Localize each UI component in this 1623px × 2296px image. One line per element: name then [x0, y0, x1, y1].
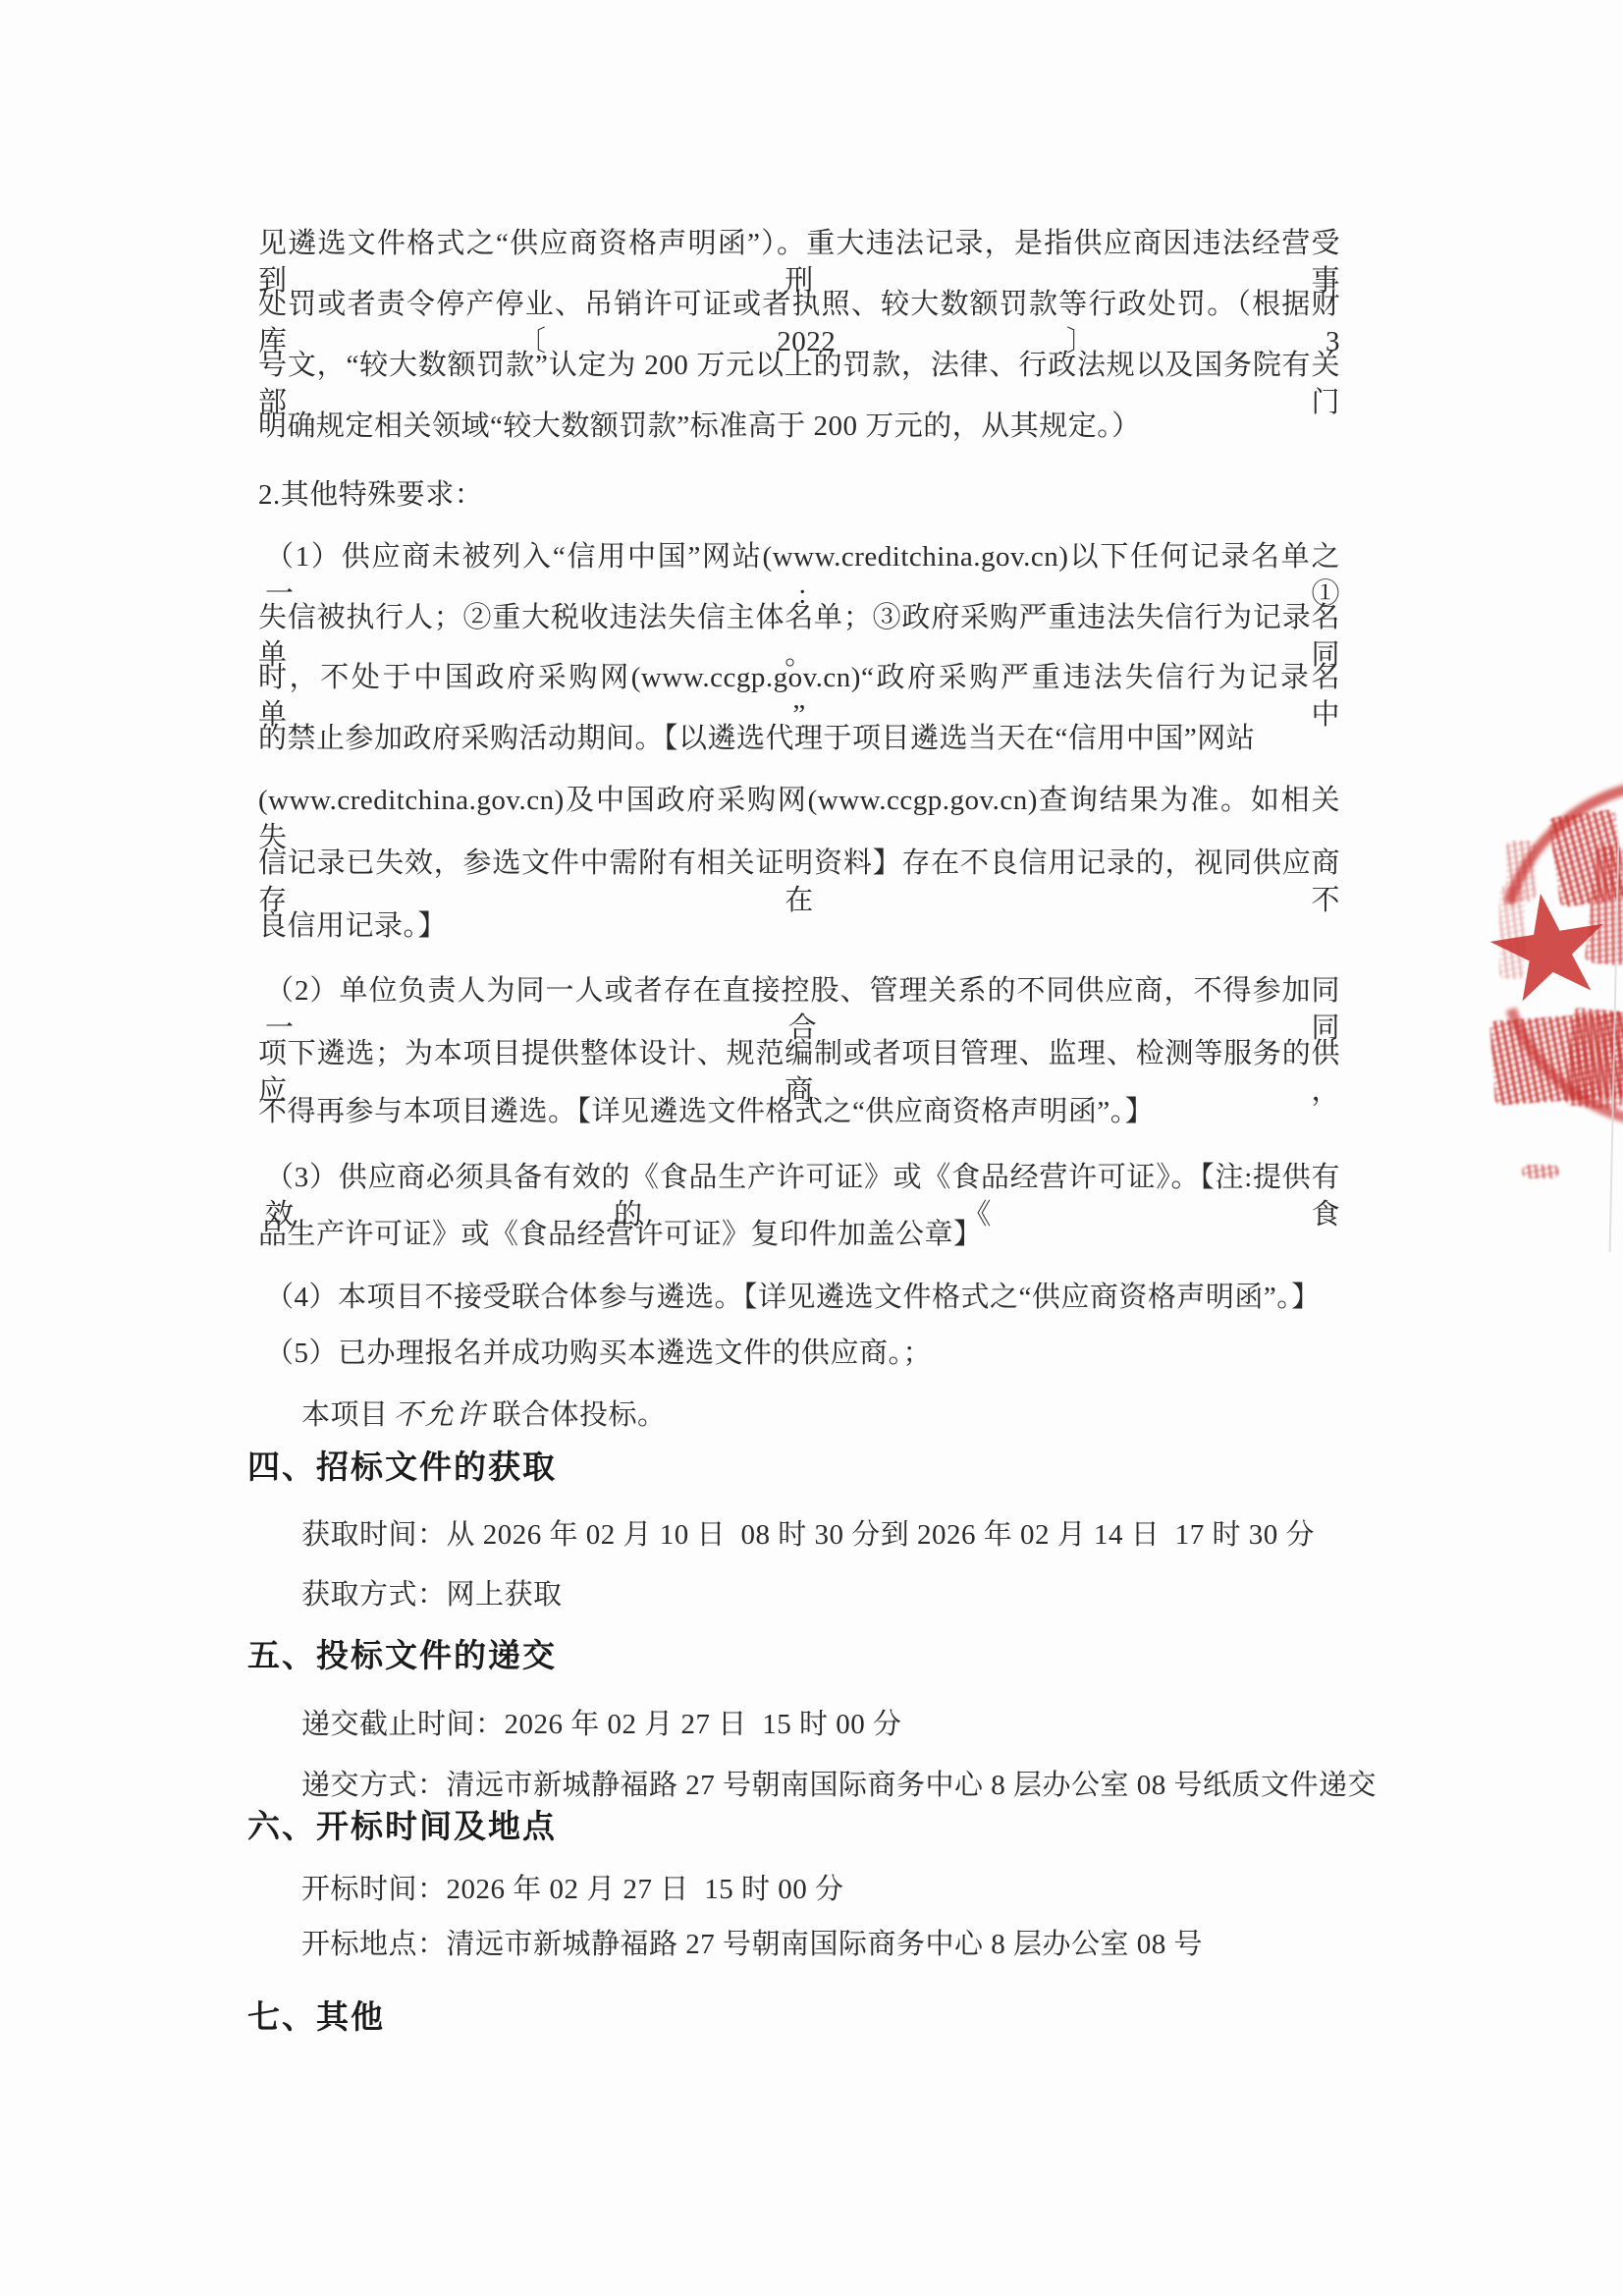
submission-method-line: 递交方式：清远市新城静福路 27 号朝南国际商务中心 8 层办公室 08 号纸质… — [301, 1767, 1377, 1804]
section-heading-6: 六、开标时间及地点 — [247, 1805, 557, 1848]
requirement-item-5: （5）已办理报名并成功购买本遴选文件的供应商。； — [265, 1335, 1340, 1372]
body-line: 品生产许可证》或《食品经营许可证》复印件加盖公章】 — [258, 1216, 1340, 1253]
opening-time-line: 开标时间：2026 年 02 月 27 日 15 时 00 分 — [301, 1871, 844, 1908]
body-line: 不得再参与本项目遴选。【详见遴选文件格式之“供应商资格声明函”。】 — [258, 1093, 1340, 1130]
section-heading-5: 五、投标文件的递交 — [247, 1634, 557, 1677]
document-page: 见遴选文件格式之“供应商资格声明函”）。重大违法记录，是指供应商因违法经营受到刑… — [0, 0, 1623, 2296]
note-prefix: 本项目 — [301, 1399, 389, 1431]
section-heading-7: 七、其他 — [247, 1995, 385, 2039]
seal-ink-smudge — [1499, 886, 1525, 979]
submission-deadline-line: 递交截止时间：2026 年 02 月 27 日 15 时 00 分 — [301, 1706, 902, 1743]
obtain-time-line: 获取时间：从 2026 年 02 月 10 日 08 时 30 分到 2026 … — [301, 1516, 1315, 1554]
seal-ink-smudge — [1522, 1165, 1559, 1178]
note-emphasis: 不允许 — [389, 1399, 493, 1431]
body-line: 良信用记录。】 — [258, 907, 1340, 945]
other-requirements-label: 2.其他特殊要求： — [258, 476, 1340, 514]
note-suffix: 联合体投标。 — [493, 1399, 667, 1431]
obtain-method-line: 获取方式：网上获取 — [301, 1576, 563, 1613]
opening-place-line: 开标地点：清远市新城静福路 27 号朝南国际商务中心 8 层办公室 08 号 — [301, 1926, 1203, 1963]
body-line: 明确规定相关领域“较大数额罚款”标准高于 200 万元的，从其规定。） — [258, 408, 1340, 445]
body-line: 的禁止参加政府采购活动期间。【以遴选代理于项目遴选当天在“信用中国”网站 — [258, 720, 1340, 757]
no-consortium-note: 本项目不允许联合体投标。 — [301, 1396, 667, 1434]
requirement-item-4: （4）本项目不接受联合体参与遴选。【详见遴选文件格式之“供应商资格声明函”。】 — [265, 1279, 1340, 1316]
section-heading-4: 四、招标文件的获取 — [247, 1446, 557, 1489]
